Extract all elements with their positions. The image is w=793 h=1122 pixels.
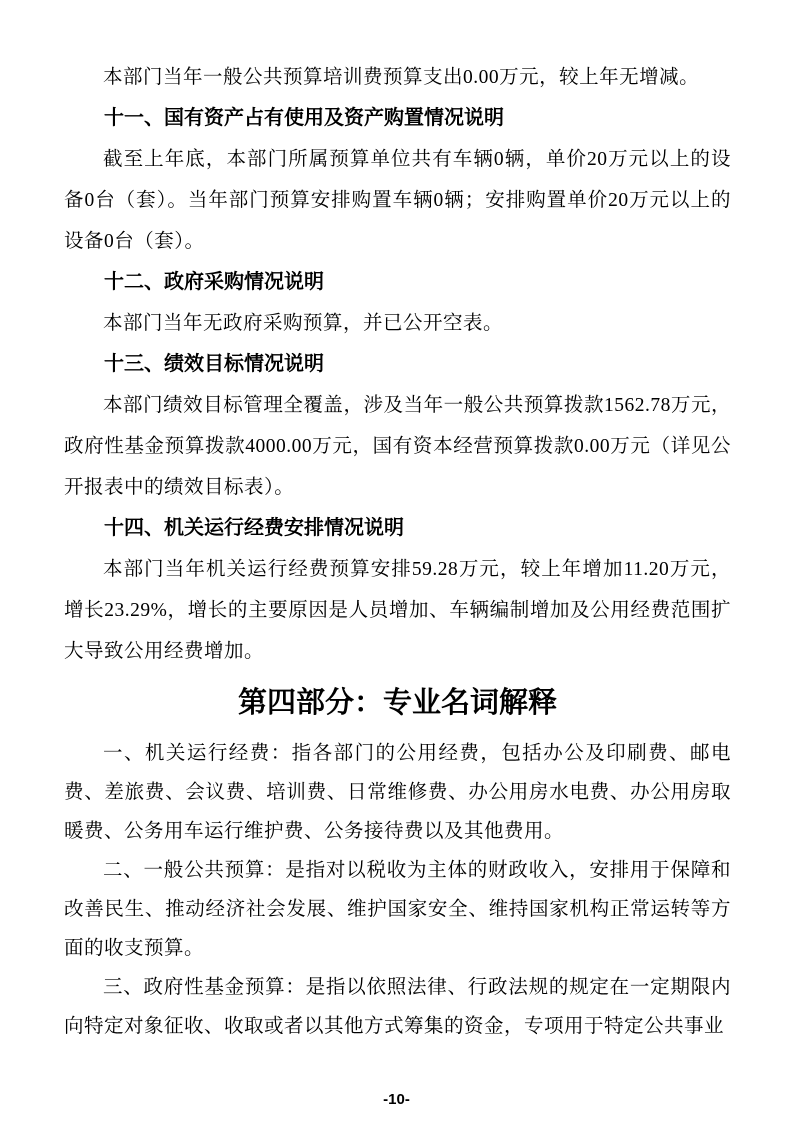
paragraph-training-fee-budget: 本部门当年一般公共预算培训费预算支出0.00万元，较上年无增减。 <box>64 57 731 98</box>
document-content: 本部门当年一般公共预算培训费预算支出0.00万元，较上年无增减。 十一、国有资产… <box>64 57 731 1046</box>
paragraph-term-1-operating-expenses: 一、机关运行经费：指各部门的公用经费，包括办公及印刷费、邮电费、差旅费、会议费、… <box>64 734 731 851</box>
heading-section-12-government-procurement: 十二、政府采购情况说明 <box>64 262 731 303</box>
heading-section-14-operating-expenses: 十四、机关运行经费安排情况说明 <box>64 508 731 549</box>
paragraph-term-2-general-public-budget: 二、一般公共预算：是指对以税收为主体的财政收入，安排用于保障和改善民生、推动经济… <box>64 851 731 968</box>
paragraph-operating-expenses-detail: 本部门当年机关运行经费预算安排59.28万元，较上年增加11.20万元，增长23… <box>64 549 731 672</box>
part-four-title: 第四部分：专业名词解释 <box>64 672 731 734</box>
page-number: -10- <box>0 1091 793 1108</box>
document-page: 本部门当年一般公共预算培训费预算支出0.00万元，较上年无增减。 十一、国有资产… <box>0 0 793 1122</box>
heading-section-11-state-assets: 十一、国有资产占有使用及资产购置情况说明 <box>64 98 731 139</box>
paragraph-government-procurement-detail: 本部门当年无政府采购预算，并已公开空表。 <box>64 303 731 344</box>
paragraph-performance-targets-detail: 本部门绩效目标管理全覆盖，涉及当年一般公共预算拨款1562.78万元，政府性基金… <box>64 385 731 508</box>
paragraph-term-3-government-fund-budget: 三、政府性基金预算：是指以依照法律、行政法规的规定在一定期限内向特定对象征收、收… <box>64 968 731 1046</box>
heading-section-13-performance-targets: 十三、绩效目标情况说明 <box>64 344 731 385</box>
paragraph-state-assets-detail: 截至上年底，本部门所属预算单位共有车辆0辆，单价20万元以上的设备0台（套）。当… <box>64 139 731 262</box>
